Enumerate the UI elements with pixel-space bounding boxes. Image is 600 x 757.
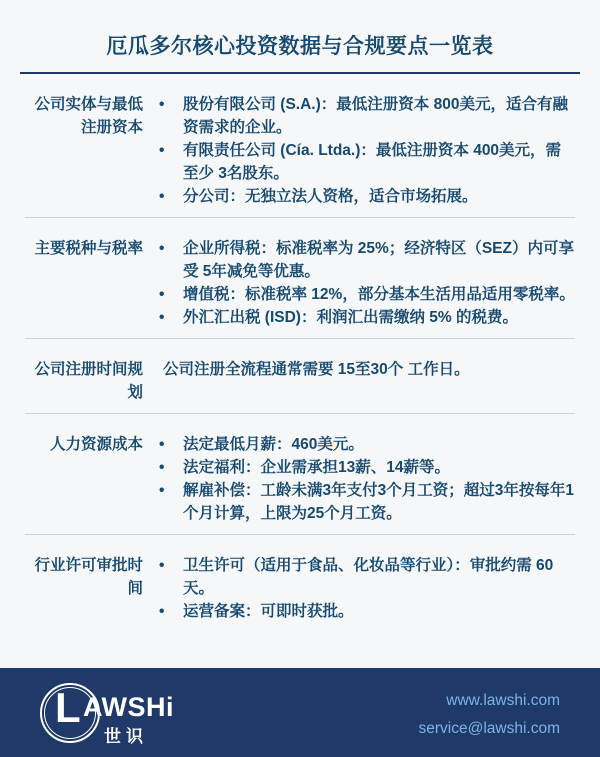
row-content: 法定最低月薪：460美元。 法定福利：企业需承担13薪、14薪等。 解雇补偿：工…: [156, 433, 575, 525]
email-link[interactable]: service@lawshi.com: [419, 715, 561, 743]
table-row: 人力资源成本 法定最低月薪：460美元。 法定福利：企业需承担13薪、14薪等。…: [25, 413, 575, 534]
bullet-item: 卫生许可（适用于食品、化妆品等行业）：审批约需 60天。: [156, 554, 575, 600]
row-label: 公司实体与最低注册资本: [25, 93, 143, 208]
footer: L AWSHi 世识 www.lawshi.com service@lawshi…: [0, 668, 600, 757]
logo-letter: L: [55, 687, 81, 729]
logo-subtext: 世识: [104, 722, 148, 747]
table-row: 公司实体与最低注册资本 股份有限公司 (S.A.)：最低注册资本 800美元，适…: [25, 74, 575, 217]
bullet-item: 企业所得税：标准税率为 25%；经济特区（SEZ）内可享受 5年减免等优惠。: [156, 237, 575, 283]
bullet-list: 企业所得税：标准税率为 25%；经济特区（SEZ）内可享受 5年减免等优惠。 增…: [156, 237, 575, 329]
bullet-item: 法定福利：企业需承担13薪、14薪等。: [156, 456, 575, 479]
row-label: 主要税种与税率: [25, 237, 143, 329]
bullet-list: 股份有限公司 (S.A.)：最低注册资本 800美元，适合有融资需求的企业。 有…: [156, 93, 575, 208]
row-content: 公司注册全流程通常需要 15至30个 工作日。: [156, 358, 575, 404]
footer-links: www.lawshi.com service@lawshi.com: [419, 687, 561, 743]
page: 厄瓜多尔核心投资数据与合规要点一览表 公司实体与最低注册资本 股份有限公司 (S…: [0, 0, 600, 757]
table-row: 行业许可审批时间 卫生许可（适用于食品、化妆品等行业）：审批约需 60天。 运营…: [25, 534, 575, 632]
bullet-item: 运营备案：可即时获批。: [156, 600, 575, 623]
row-label: 公司注册时间规划: [25, 358, 143, 404]
summary-table: 公司实体与最低注册资本 股份有限公司 (S.A.)：最低注册资本 800美元，适…: [25, 74, 575, 632]
bullet-item: 外汇汇出税 (ISD)：利润汇出需缴纳 5% 的税费。: [156, 306, 575, 329]
bullet-item: 有限责任公司 (Cía. Ltda.)：最低注册资本 400美元，需至少 3名股…: [156, 139, 575, 185]
row-content: 股份有限公司 (S.A.)：最低注册资本 800美元，适合有融资需求的企业。 有…: [156, 93, 575, 208]
logo-wordmark: AWSHi: [83, 692, 174, 723]
page-title: 厄瓜多尔核心投资数据与合规要点一览表: [20, 30, 580, 60]
page-header: 厄瓜多尔核心投资数据与合规要点一览表: [20, 0, 580, 74]
bullet-item: 解雇补偿：工龄未满3年支付3个月工资；超过3年按每年1个月计算，上限为25个月工…: [156, 479, 575, 525]
bullet-item: 股份有限公司 (S.A.)：最低注册资本 800美元，适合有融资需求的企业。: [156, 93, 575, 139]
bullet-list: 法定最低月薪：460美元。 法定福利：企业需承担13薪、14薪等。 解雇补偿：工…: [156, 433, 575, 525]
table-row: 主要税种与税率 企业所得税：标准税率为 25%；经济特区（SEZ）内可享受 5年…: [25, 217, 575, 338]
row-text: 公司注册全流程通常需要 15至30个 工作日。: [156, 358, 575, 381]
bullet-item: 增值税：标准税率 12%，部分基本生活用品适用零税率。: [156, 283, 575, 306]
table-row: 公司注册时间规划 公司注册全流程通常需要 15至30个 工作日。: [25, 338, 575, 413]
row-label: 人力资源成本: [25, 433, 143, 525]
website-link[interactable]: www.lawshi.com: [419, 687, 561, 715]
row-label: 行业许可审批时间: [25, 554, 143, 623]
row-content: 企业所得税：标准税率为 25%；经济特区（SEZ）内可享受 5年减免等优惠。 增…: [156, 237, 575, 329]
row-content: 卫生许可（适用于食品、化妆品等行业）：审批约需 60天。 运营备案：可即时获批。: [156, 554, 575, 623]
bullet-item: 分公司：无独立法人资格，适合市场拓展。: [156, 185, 575, 208]
bullet-list: 卫生许可（适用于食品、化妆品等行业）：审批约需 60天。 运营备案：可即时获批。: [156, 554, 575, 623]
lawshi-logo: L AWSHi 世识: [40, 681, 190, 747]
bullet-item: 法定最低月薪：460美元。: [156, 433, 575, 456]
